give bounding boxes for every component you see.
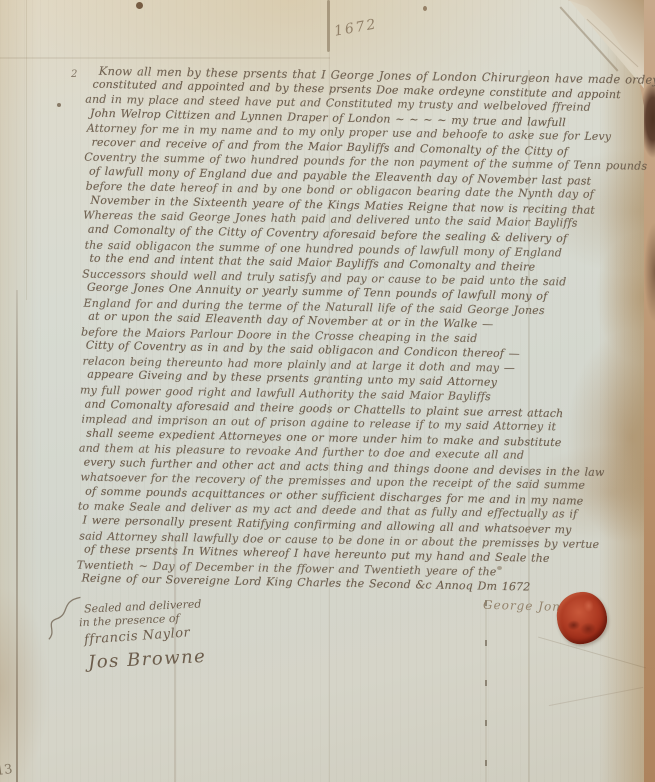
top-ink-streak bbox=[327, 0, 330, 52]
stain-speck bbox=[57, 103, 61, 107]
manuscript-photo: 1672 2 Know all men by these prsents tha… bbox=[0, 0, 655, 782]
left-fold-crease bbox=[26, 0, 27, 300]
horizontal-crease bbox=[0, 57, 330, 59]
page-number-mark: 13 bbox=[0, 762, 14, 779]
manuscript-text: Know all men by these prsents that I Geo… bbox=[76, 63, 648, 597]
stain-speck bbox=[136, 2, 143, 9]
stitched-crease bbox=[485, 600, 487, 782]
backdrop-shadow-mid bbox=[644, 222, 655, 322]
stain-speck bbox=[423, 6, 427, 11]
left-fold-crack bbox=[16, 290, 18, 782]
margin-mark: 2 bbox=[71, 69, 77, 80]
